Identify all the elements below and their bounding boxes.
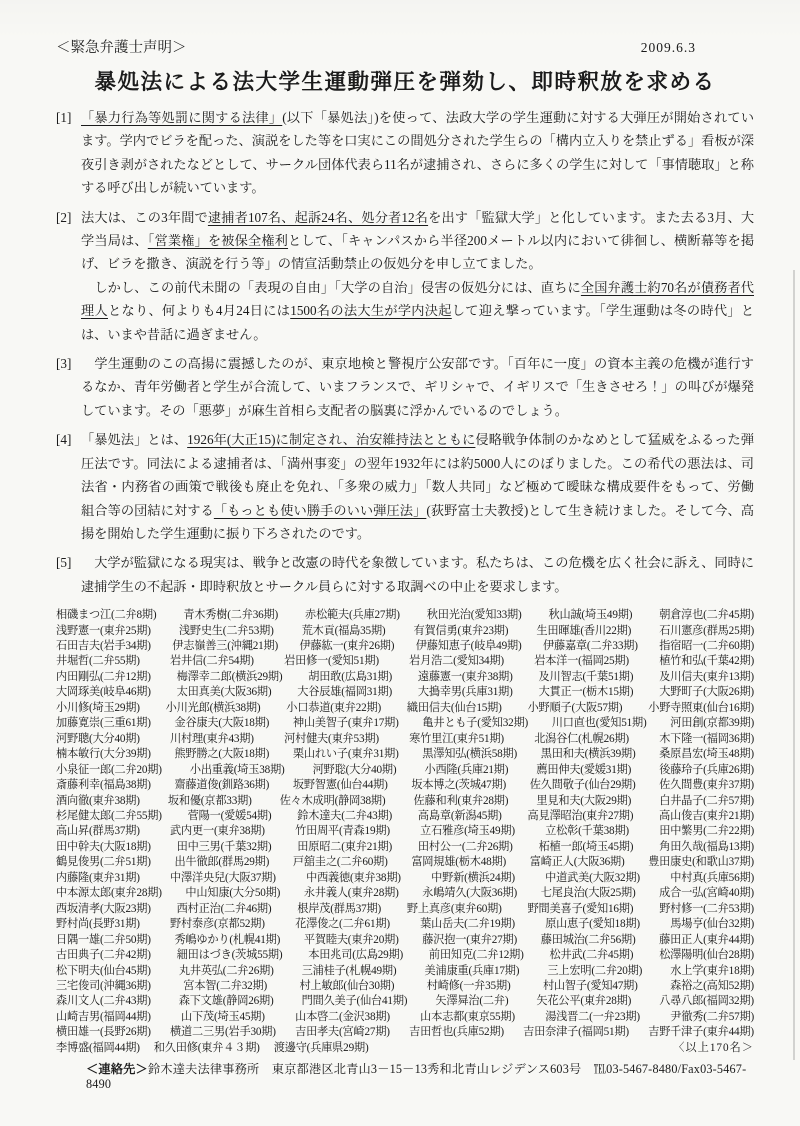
signatory-name: 八尋八郎(福岡32期) (659, 994, 754, 1009)
signatory-line: 高山昇(群馬37期)武内更一(東弁38期)竹田周平(青森19期)立石雅彦(埼玉4… (56, 824, 754, 839)
signatory-line: 相磯まつ江(二弁8期)青木秀樹(二弁36期)赤松範夫(兵庫27期)秋田光治(愛知… (56, 608, 754, 623)
paragraph-block: 法大は、この3年間で逮捕者107名、起訴24名、処分者12名を出す「監獄大学」と… (81, 206, 754, 276)
signatory-name: 松澤陽明(仙台28期) (659, 948, 754, 963)
signatory-name: 村上敏郎(仙台30期) (299, 979, 394, 994)
signatory-name: 菅陽一(愛媛54期) (188, 809, 272, 824)
signatory-list: 相磯まつ江(二弁8期)青木秀樹(二弁36期)赤松範夫(兵庫27期)秋田光治(愛知… (56, 608, 754, 1056)
signatory-name: 内藤隆(東弁31期) (56, 871, 140, 886)
signatory-name: 金谷康夫(大阪18期) (174, 716, 269, 731)
signatory-name: 梅澤幸二郎(横浜29期) (177, 670, 283, 685)
signatory-name: 原山恵子(愛知18期) (545, 917, 640, 932)
paragraph: [3] 学生運動のこの高揚に震撼したのが、東京地検と警視庁公安部です。「百年に一… (56, 352, 754, 422)
signatory-name: 亀井とも子(愛知32期) (422, 716, 528, 731)
signatory-name: 薦田伸夫(愛媛31期) (536, 763, 631, 778)
text-run: 「営業権」を被保全権利 (148, 233, 288, 248)
paragraph-text: 「暴力行為等処罰に関する法律」(以下「暴処法」)を使って、法政大学の学生運動に対… (81, 106, 754, 200)
signatory-name: 佐々木成明(静岡38期) (280, 794, 386, 809)
signatory-line: 小川修(埼玉29期)小川光郎(横浜38期)小口恭道(東弁22期)織田信夫(仙台1… (56, 701, 754, 716)
signatory-name: 根岸茂(群馬37期) (297, 902, 381, 917)
signatory-name: 小西隆(兵庫21期) (425, 763, 509, 778)
signatory-name: 出牛徹郎(群馬29期) (174, 855, 269, 870)
signatory-name: 浅野史生(二弁53期) (179, 624, 274, 639)
signatory-name: 高山俊吉(東弁21期) (659, 809, 754, 824)
signatory-name: 藤田城治(二弁56期) (541, 933, 636, 948)
signatory-name: 白井晶子(二弁57期) (659, 794, 754, 809)
signatory-name: 内田剛弘(二弁12期) (56, 670, 151, 685)
signatory-name: 森川文人(二弁43期) (56, 994, 151, 1009)
signatory-name: 岩本洋一(福岡25期) (534, 654, 629, 669)
paragraph-block: 「暴処法」とは、1926年(大正15)に制定され、治安維持法とともに侵略戦争体制… (81, 428, 754, 545)
signatory-line: 西坂清孝(大阪23期)西村正治(二弁46期)根岸茂(群馬37期)野上真彦(東弁6… (56, 902, 754, 917)
signatory-name: 李博盛(福岡44期) (56, 1041, 140, 1056)
signatory-name: 河野聰(大分40期) (56, 732, 140, 747)
signatory-name: 野村尚(長野31期) (56, 917, 140, 932)
signatory-name: 田中幹夫(大阪18期) (56, 840, 151, 855)
paragraph-number: [2] (56, 206, 71, 229)
signatory-name: 永嶋靖久(大阪36期) (422, 886, 517, 901)
signatory-name: 織田信夫(仙台15期) (407, 701, 502, 716)
signatory-name: 浅野憲一(東弁25期) (56, 624, 151, 639)
signatory-name: 小野寺照東(仙台16期) (648, 701, 754, 716)
total-count: 〈以上170名＞ (673, 1041, 754, 1056)
signatory-name: 豊田康史(和歌山37期) (648, 855, 754, 870)
signatory-name: 前田知克(二弁12期) (429, 948, 524, 963)
signatory-line: 内田剛弘(二弁12期)梅澤幸二郎(横浜29期)胡田敢(広島31期)遠藤憲一(東弁… (56, 670, 754, 685)
signatory-name: 横田雄一(長野26期) (56, 1025, 151, 1040)
signatory-line-last: 李博盛(福岡44期)和久田修(東弁４３期)渡邊守(兵庫県29期)〈以上170名＞ (56, 1041, 754, 1056)
signatory-name: 立石雅彦(埼玉49期) (420, 824, 515, 839)
signatory-name: 生田暉雄(香川22期) (536, 624, 631, 639)
signatory-line: 松下明夫(仙台45期)丸井英弘(二弁26期)三浦桂子(札幌49期)美浦康重(兵庫… (56, 964, 754, 979)
signatory-name: 門間久美子(仙台41期) (302, 994, 408, 1009)
signatory-name: 中澤洋央兒(大阪37期) (170, 871, 276, 886)
signatory-name: 西村正治(二弁46期) (177, 902, 272, 917)
signatory-name: 平賀睦夫(東弁20期) (304, 933, 399, 948)
signatory-name: 矢澤曻治(二弁) (435, 994, 508, 1009)
signatory-name: 湯浅晋二(一弁23期) (545, 1010, 640, 1025)
signatory-name: 川口直也(愛知51期) (552, 716, 647, 731)
signatory-name: 山本志都(東京55期) (420, 1010, 515, 1025)
paragraph-number: [5] (56, 551, 71, 574)
signatory-line: 斎藤利幸(福島38期)齋藤道俊(釧路36期)坂野智憲(仙台44期)坂本博之(茨城… (56, 778, 754, 793)
signatory-name: 有賀信勇(東弁23期) (414, 624, 509, 639)
signatory-name: 熊野勝之(大阪18期) (174, 747, 269, 762)
signatory-name: 吉田奈津子(福岡51期) (523, 1025, 629, 1040)
signatory-name: 寒竹里江(東弁51期) (409, 732, 504, 747)
signatory-name: 朝倉淳也(二弁45期) (659, 608, 754, 623)
signatory-name: 後藤玲子(兵庫26期) (659, 763, 754, 778)
paragraph-text: 大学が監獄になる現実は、戦争と改憲の時代を象徴しています。私たちは、この危機を広… (81, 551, 754, 598)
signatory-name: 秋山誠(埼玉49期) (548, 608, 632, 623)
signatory-name: 及川信夫(東弁13期) (659, 670, 754, 685)
signatory-name: 岩井信(二弁54期) (170, 654, 254, 669)
paragraph-block: 学生運動のこの高揚に震撼したのが、東京地検と警視庁公安部です。「百年に一度」の資… (81, 352, 754, 422)
signatory-name: 荒木貢(福島35期) (302, 624, 386, 639)
signatory-name: 遠藤憲一(東弁38期) (418, 670, 513, 685)
signatory-name: 赤松範夫(兵庫27期) (305, 608, 400, 623)
signatory-name: 中道武美(大阪32期) (545, 871, 640, 886)
signatory-name: 小野順子(大阪57期) (528, 701, 623, 716)
signatory-name: 大岡琢美(岐阜46期) (56, 685, 151, 700)
signatory-name: 相磯まつ江(二弁8期) (56, 608, 156, 623)
paragraph: [4]「暴処法」とは、1926年(大正15)に制定され、治安維持法とともに侵略戦… (56, 428, 754, 545)
signatory-name: 横道二三男(岩手30期) (170, 1025, 276, 1040)
signatory-name: 高島章(新潟45期) (418, 809, 502, 824)
signatory-name: 西坂清孝(大阪23期) (56, 902, 151, 917)
signatory-line: 杉尾健太郎(二弁55期)菅陽一(愛媛54期)鈴木達夫(二弁43期)高島章(新潟4… (56, 809, 754, 824)
signatory-line: 横田雄一(長野26期)横道二三男(岩手30期)吉田孝夫(宮崎27期)吉田哲也(兵… (56, 1025, 754, 1040)
signatory-name: 古田典子(二弁42期) (56, 948, 151, 963)
signatory-name: 田中三男(千葉32期) (177, 840, 272, 855)
signatory-name: 森下文雄(静岡26期) (179, 994, 274, 1009)
signatory-name: 河村健夫(東弁53期) (284, 732, 379, 747)
document-date: 2009.6.3 (641, 40, 696, 56)
signatory-name: 坂本博之(茨城47期) (411, 778, 506, 793)
signatory-name: 齋藤道俊(釧路36期) (174, 778, 269, 793)
signatory-name: 中野新(横浜24期) (431, 871, 515, 886)
signatory-line: 楠本敏行(大分39期)熊野勝之(大阪18期)栗山れい子(東弁31期)黒澤知弘(横… (56, 747, 754, 762)
signatory-name: 美浦康重(兵庫17期) (425, 964, 520, 979)
signatory-name: 石田吉夫(岩手34期) (56, 639, 151, 654)
signatory-name: 立松彰(千葉38期) (545, 824, 629, 839)
signatory-line: 浅野憲一(東弁25期)浅野史生(二弁53期)荒木貢(福島35期)有賀信勇(東弁2… (56, 624, 754, 639)
signatory-line: 井堀哲(二弁55期)岩井信(二弁54期)岩田修一(愛知51期)岩月浩二(愛知34… (56, 654, 754, 669)
signatory-name: 竹田周平(青森19期) (295, 824, 390, 839)
text-run: しかし、この前代未聞の「表現の自由」「大学の自治」侵害の仮処分には、直ちに (81, 280, 581, 295)
signatory-name: 戸舘圭之(二弁60期) (293, 855, 388, 870)
signatory-name: 野村泰彦(京都52期) (170, 917, 265, 932)
paragraph-block: しかし、この前代未聞の「表現の自由」「大学の自治」侵害の仮処分には、直ちに全国弁… (81, 276, 754, 346)
signatory-name: 中西義徳(東弁38期) (306, 871, 401, 886)
signatory-name: 高山昇(群馬37期) (56, 824, 140, 839)
signatory-line: 鶴見俊男(二弁51期)出牛徹郎(群馬29期)戸舘圭之(二弁60期)富岡規雄(栃木… (56, 855, 754, 870)
signatory-name: 木下隆一(福岡36期) (659, 732, 754, 747)
text-run: となり、何よりも4月24日には (108, 303, 290, 318)
paragraph-text: 法大は、この3年間で逮捕者107名、起訴24名、処分者12名を出す「監獄大学」と… (81, 206, 754, 346)
signatory-name: 秋田光治(愛知33期) (427, 608, 522, 623)
paragraph-number: [1] (56, 106, 71, 129)
signatory-name: 大野町子(大阪26期) (659, 685, 754, 700)
signatory-name: 森裕之(高知52期) (670, 979, 754, 994)
paragraph-block: 「暴力行為等処罰に関する法律」(以下「暴処法」)を使って、法政大学の学生運動に対… (81, 106, 754, 200)
paragraph-text: 学生運動のこの高揚に震撼したのが、東京地検と警視庁公安部です。「百年に一度」の資… (81, 352, 754, 422)
signatory-name: 斎藤利幸(福島38期) (56, 778, 151, 793)
signatory-name: 田原昭二(東弁21期) (297, 840, 392, 855)
signatory-name: 三宅俊司(沖縄36期) (56, 979, 151, 994)
signatory-name: 鶴見俊男(二弁51期) (56, 855, 151, 870)
signatory-name: 河野聡(大分40期) (313, 763, 397, 778)
text-run: 法大は、この3年間で (81, 210, 208, 225)
signatory-name: 柘植一郎(埼玉45期) (539, 840, 634, 855)
signatory-name: 黒澤知弘(横浜58期) (422, 747, 517, 762)
signatory-line: 野村尚(長野31期)野村泰彦(京都52期)花澤俊之(二弁61期)葉山岳夫(二弁1… (56, 917, 754, 932)
signatory-name: 松下明夫(仙台45期) (56, 964, 151, 979)
signatory-name: 指宿昭一(二弁60期) (659, 639, 754, 654)
signatory-name: 河田創(京都39期) (670, 716, 754, 731)
signatory-name: 栗山れい子(東弁31期) (293, 747, 399, 762)
page-title: 暴処法による法大学生運動弾圧を弾劾し、即時釈放を求める (56, 65, 754, 96)
signatory-name: 山崎吉男(福岡44期) (56, 1010, 151, 1025)
signatory-name: 七尾良治(大阪25期) (541, 886, 636, 901)
signatory-name: 武内更一(東弁38期) (170, 824, 265, 839)
signatory-name: 佐藤和利(東弁28期) (414, 794, 509, 809)
text-run: 1926年(大正15)に制定され、治安維持法とともに (187, 432, 475, 447)
signatory-name: 大谷辰雄(福岡31期) (297, 685, 392, 700)
signatory-name: 黒田和夫(横浜39期) (541, 747, 636, 762)
signatory-line: 河野聰(大分40期)川村理(東弁43期)河村健夫(東弁53期)寒竹里江(東弁51… (56, 732, 754, 747)
signatory-line: 内藤隆(東弁31期)中澤洋央兒(大阪37期)中西義徳(東弁38期)中野新(横浜2… (56, 871, 754, 886)
signatory-name: 及川智志(千葉51期) (539, 670, 634, 685)
signatory-name: 大搗幸男(兵庫31期) (418, 685, 513, 700)
signatory-name: 吉田哲也(兵庫52期) (409, 1025, 504, 1040)
signatory-name: 伊藤知恵子(岐阜49期) (416, 639, 522, 654)
signatory-name: 水上学(東弁18期) (670, 964, 754, 979)
paragraph-text: 「暴処法」とは、1926年(大正15)に制定され、治安維持法とともに侵略戦争体制… (81, 428, 754, 545)
signatory-name: 伊藤嘉章(二弁33期) (543, 639, 638, 654)
signatory-name: 村山智子(愛知47期) (543, 979, 638, 994)
signatory-name: 渡邊守(兵庫県29期) (274, 1041, 369, 1056)
signatory-line: 加藤寛崇(三重61期)金谷康夫(大阪18期)神山美智子(東弁17期)亀井とも子(… (56, 716, 754, 731)
signatory-name: 山下茂(埼玉45期) (181, 1010, 265, 1025)
signatory-name: 中本源太郎(東弁28期) (56, 886, 162, 901)
text-run: 「もっとも使い勝手のいい弾圧法」 (214, 503, 427, 518)
signatory-name: 野村修一(二弁53期) (659, 902, 754, 917)
signatory-name: 山本啓二(金沢38期) (295, 1010, 390, 1025)
signatory-name: 佐久間豊(東弁37期) (659, 778, 754, 793)
signatory-name: 馬場亨(仙台32期) (670, 917, 754, 932)
text-run: 「暴力行為等処罰に関する法律」 (81, 110, 282, 125)
signatory-name: 植竹和弘(千葉42期) (659, 654, 754, 669)
signatory-name: 胡田敢(広島31期) (308, 670, 392, 685)
signatory-name: 神山美智子(東弁17期) (293, 716, 399, 731)
paragraph: [5] 大学が監獄になる現実は、戦争と改憲の時代を象徴しています。私たちは、この… (56, 551, 754, 598)
statement-label: ＜緊急弁護士声明＞ (56, 36, 187, 57)
signatory-line: 酒向徹(東弁38期)坂和優(京都33期)佐々木成明(静岡38期)佐藤和利(東弁2… (56, 794, 754, 809)
signatory-name: 和久田修(東弁４３期) (154, 1041, 260, 1056)
paragraph: [2]法大は、この3年間で逮捕者107名、起訴24名、処分者12名を出す「監獄大… (56, 206, 754, 346)
signatory-name: 宮本智(二弁32期) (183, 979, 267, 994)
text-run: 「暴処法」とは、 (81, 432, 187, 447)
signatory-name: 秀嶋ゆかり(札幌41期) (174, 933, 280, 948)
signatory-name: 永井義人(東弁28期) (304, 886, 399, 901)
signatory-name: 矢花公平(東弁28期) (536, 994, 631, 1009)
text-run: 学生運動のこの高揚に震撼したのが、東京地検と警視庁公安部です。「百年に一度」の資… (81, 356, 754, 418)
signatory-name: 伊藤紘一(東弁26期) (299, 639, 394, 654)
signatory-name: 井堀哲(二弁55期) (56, 654, 140, 669)
signatory-name: 日隅一雄(二弁50期) (56, 933, 151, 948)
signatory-name: 花澤俊之(二弁61期) (295, 917, 390, 932)
contact-line: ＜連絡先＞鈴木達夫法律事務所 東京都港区北青山3－15－13秀和北青山レジデンス… (56, 1060, 754, 1092)
signatory-name: 加藤寛崇(三重61期) (56, 716, 151, 731)
signatory-name: 岩月浩二(愛知34期) (409, 654, 504, 669)
signatory-name: 藤沢抱一(東弁27期) (422, 933, 517, 948)
document-page: ＜緊急弁護士声明＞ 2009.6.3 暴処法による法大学生運動弾圧を弾劾し、即時… (0, 0, 800, 1126)
paragraph-block: 大学が監獄になる現実は、戦争と改憲の時代を象徴しています。私たちは、この危機を広… (81, 551, 754, 598)
signatory-line: 日隅一雄(二弁50期)秀嶋ゆかり(札幌41期)平賀睦夫(東弁20期)藤沢抱一(東… (56, 933, 754, 948)
signatory-line: 古田典子(二弁42期)細田はづき(茨城55期)本田兆司(広島29期)前田知克(二… (56, 948, 754, 963)
signatory-name: 鈴木達夫(二弁43期) (297, 809, 392, 824)
signatory-name: 坂和優(京都33期) (168, 794, 252, 809)
signatory-line: 森川文人(二弁43期)森下文雄(静岡26期)門間久美子(仙台41期)矢澤曻治(二… (56, 994, 754, 1009)
signatory-name: 野間美喜子(愛知16期) (528, 902, 634, 917)
paragraph: [1]「暴力行為等処罰に関する法律」(以下「暴処法」)を使って、法政大学の学生運… (56, 106, 754, 200)
signatory-name: 角田久哉(福島13期) (659, 840, 754, 855)
signatory-name: 大貫正一(栃木15期) (539, 685, 634, 700)
signatory-name: 田村公一(二弁26期) (418, 840, 513, 855)
signatory-name: 小泉征一郎(二弁20期) (56, 763, 162, 778)
signatory-line: 田中幹夫(大阪18期)田中三男(千葉32期)田原昭二(東弁21期)田村公一(二弁… (56, 840, 754, 855)
paragraph-number: [4] (56, 428, 71, 451)
signatory-name: 高見澤昭治(東弁27期) (528, 809, 634, 824)
signatory-name: 尹徹秀(二弁57期) (670, 1010, 754, 1025)
signatory-name: 本田兆司(広島29期) (308, 948, 403, 963)
signatory-name: 丸井英弘(二弁26期) (179, 964, 274, 979)
paragraphs: [1]「暴力行為等処罰に関する法律」(以下「暴処法」)を使って、法政大学の学生運… (56, 106, 754, 598)
signatory-name: 富崎正人(大阪36期) (530, 855, 625, 870)
signatory-name: 中村真(兵庫56期) (670, 871, 754, 886)
signatory-name: 坂野智憲(仙台44期) (293, 778, 388, 793)
signatory-name: 北潟谷仁(札幌26期) (534, 732, 629, 747)
contact-label: ＜連絡先＞ (86, 1062, 148, 1076)
signatory-name: 野上真彦(東弁60期) (407, 902, 502, 917)
signatory-name: 富岡規雄(栃木48期) (411, 855, 506, 870)
signatory-line: 大岡琢美(岐阜46期)太田真美(大阪36期)大谷辰雄(福岡31期)大搗幸男(兵庫… (56, 685, 754, 700)
signatory-line: 中本源太郎(東弁28期)中山知康(大分50期)永井義人(東弁28期)永嶋靖久(大… (56, 886, 754, 901)
signatory-line: 小泉征一郎(二弁20期)小出重義(埼玉38期)河野聡(大分40期)小西隆(兵庫2… (56, 763, 754, 778)
contact-text: 鈴木達夫法律事務所 東京都港区北青山3－15－13秀和北青山レジデンス603号 … (86, 1062, 746, 1091)
signatory-name: 里見和夫(大阪29期) (536, 794, 631, 809)
signatory-name: 青木秀樹(二弁36期) (183, 608, 278, 623)
signatory-name: 吉田孝夫(宮崎27期) (295, 1025, 390, 1040)
signatory-name: 桑原昌宏(埼玉48期) (659, 747, 754, 762)
signatory-name: 酒向徹(東弁38期) (56, 794, 140, 809)
paragraph-number: [3] (56, 352, 71, 375)
signatory-name: 石川憲彦(群馬25期) (659, 624, 754, 639)
signatory-name: 三浦桂子(札幌49期) (302, 964, 397, 979)
text-run: 逮捕者107名、起訴24名、処分者12名 (208, 210, 428, 225)
signatory-name: 成合一弘(宮崎40期) (659, 886, 754, 901)
signatory-name: 三上宏明(二弁20期) (547, 964, 642, 979)
signatory-name: 佐久間敬子(仙台29期) (530, 778, 636, 793)
signatory-name: 岩田修一(愛知51期) (284, 654, 379, 669)
text-run: 大学が監獄になる現実は、戦争と改憲の時代を象徴しています。私たちは、この危機を広… (81, 555, 754, 593)
signatory-name: 楠本敏行(大分39期) (56, 747, 151, 762)
document-header: ＜緊急弁護士声明＞ 2009.6.3 (56, 36, 754, 57)
signatory-name: 藤田正人(東弁44期) (659, 933, 754, 948)
signatory-line: 三宅俊司(沖縄36期)宮本智(二弁32期)村上敏郎(仙台30期)村崎修(一弁35… (56, 979, 754, 994)
signatory-line: 山崎吉男(福岡44期)山下茂(埼玉45期)山本啓二(金沢38期)山本志都(東京5… (56, 1010, 754, 1025)
signatory-name: 太田真美(大阪36期) (177, 685, 272, 700)
signatory-name: 村崎修(一弁35期) (427, 979, 511, 994)
signatory-name: 田中繁男(二弁22期) (659, 824, 754, 839)
signatory-name: 小口恭道(東弁22期) (286, 701, 381, 716)
signatory-name: 杉尾健太郎(二弁55期) (56, 809, 162, 824)
signatory-name: 吉野千津子(東弁44期) (648, 1025, 754, 1040)
signatory-name: 川村理(東弁43期) (170, 732, 254, 747)
signatory-name: 小川光郎(横浜38期) (166, 701, 261, 716)
signatory-line: 石田吉夫(岩手34期)伊志嶺善三(沖縄21期)伊藤紘一(東弁26期)伊藤知恵子(… (56, 639, 754, 654)
signatory-name: 葉山岳夫(二弁19期) (420, 917, 515, 932)
text-run: 1500名の法大生が学内決起 (290, 303, 452, 318)
signatory-name: 伊志嶺善三(沖縄21期) (172, 639, 278, 654)
signatory-name: 小川修(埼玉29期) (56, 701, 140, 716)
signatory-name: 細田はづき(茨城55期) (177, 948, 283, 963)
signatory-name: 小出重義(埼玉38期) (190, 763, 285, 778)
signatory-name: 松井武(二弁45期) (550, 948, 634, 963)
signatory-name: 中山知康(大分50期) (185, 886, 280, 901)
